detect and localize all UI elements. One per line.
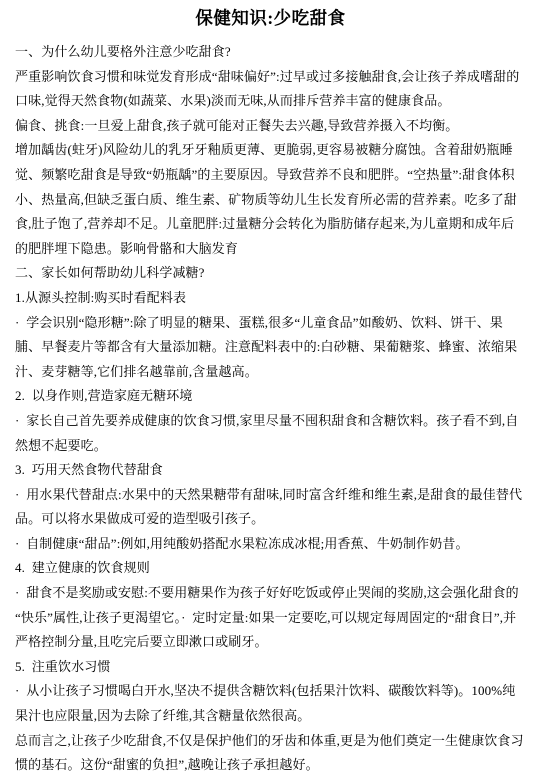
paragraph: 严重影响饮食习惯和味觉发育形成“甜味偏好”:过早或过多接触甜食,会让孩子养成嗜甜… (15, 65, 526, 114)
numbered-item-1: 1.从源头控制:购买时看配料表 (15, 286, 526, 311)
bullet-paragraph: · 从小让孩子习惯喝白开水,坚决不提供含糖饮料(包括果汁饮料、碳酸饮料等)。10… (15, 679, 526, 728)
bullet-paragraph: · 家长自己首先要养成健康的饮食习惯,家里尽量不囤积甜食和含糖饮料。孩子看不到,… (15, 409, 526, 458)
bullet-paragraph: · 学会识别“隐形糖”:除了明显的糖果、蛋糕,很多“儿童食品”如酸奶、饮料、饼干… (15, 311, 526, 385)
section-heading-2: 二、家长如何帮助幼儿科学减糖? (15, 261, 526, 286)
document-title: 保健知识:少吃甜食 (15, 5, 526, 32)
bullet-paragraph: · 自制健康“甜品”:例如,用纯酸奶搭配水果粒冻成冰棍;用香蕉、牛奶制作奶昔。 (15, 532, 526, 557)
paragraph: 偏食、挑食:一旦爱上甜食,孩子就可能对正餐失去兴趣,导致营养摄入不均衡。 (15, 114, 526, 139)
numbered-item-4: 4. 建立健康的饮食规则 (15, 556, 526, 581)
numbered-item-2: 2. 以身作则,营造家庭无糖环境 (15, 384, 526, 409)
document-page: 保健知识:少吃甜食 一、为什么幼儿要格外注意少吃甜食? 严重影响饮食习惯和味觉发… (0, 0, 536, 773)
numbered-item-5: 5. 注重饮水习惯 (15, 655, 526, 680)
numbered-item-3: 3. 巧用天然食物代替甜食 (15, 458, 526, 483)
bullet-paragraph: · 用水果代替甜点:水果中的天然果糖带有甜味,同时富含纤维和维生素,是甜食的最佳… (15, 483, 526, 532)
bullet-paragraph: · 甜食不是奖励或安慰:不要用糖果作为孩子好好吃饭或停止哭闹的奖励,这会强化甜食… (15, 581, 526, 655)
section-heading-1: 一、为什么幼儿要格外注意少吃甜食? (15, 40, 526, 65)
paragraph: 增加龋齿(蛀牙)风险幼儿的乳牙牙釉质更薄、更脆弱,更容易被糖分腐蚀。含着甜奶瓶睡… (15, 138, 526, 261)
closing-paragraph: 总而言之,让孩子少吃甜食,不仅是保护他们的牙齿和体重,更是为他们奠定一生健康饮食… (15, 729, 526, 773)
